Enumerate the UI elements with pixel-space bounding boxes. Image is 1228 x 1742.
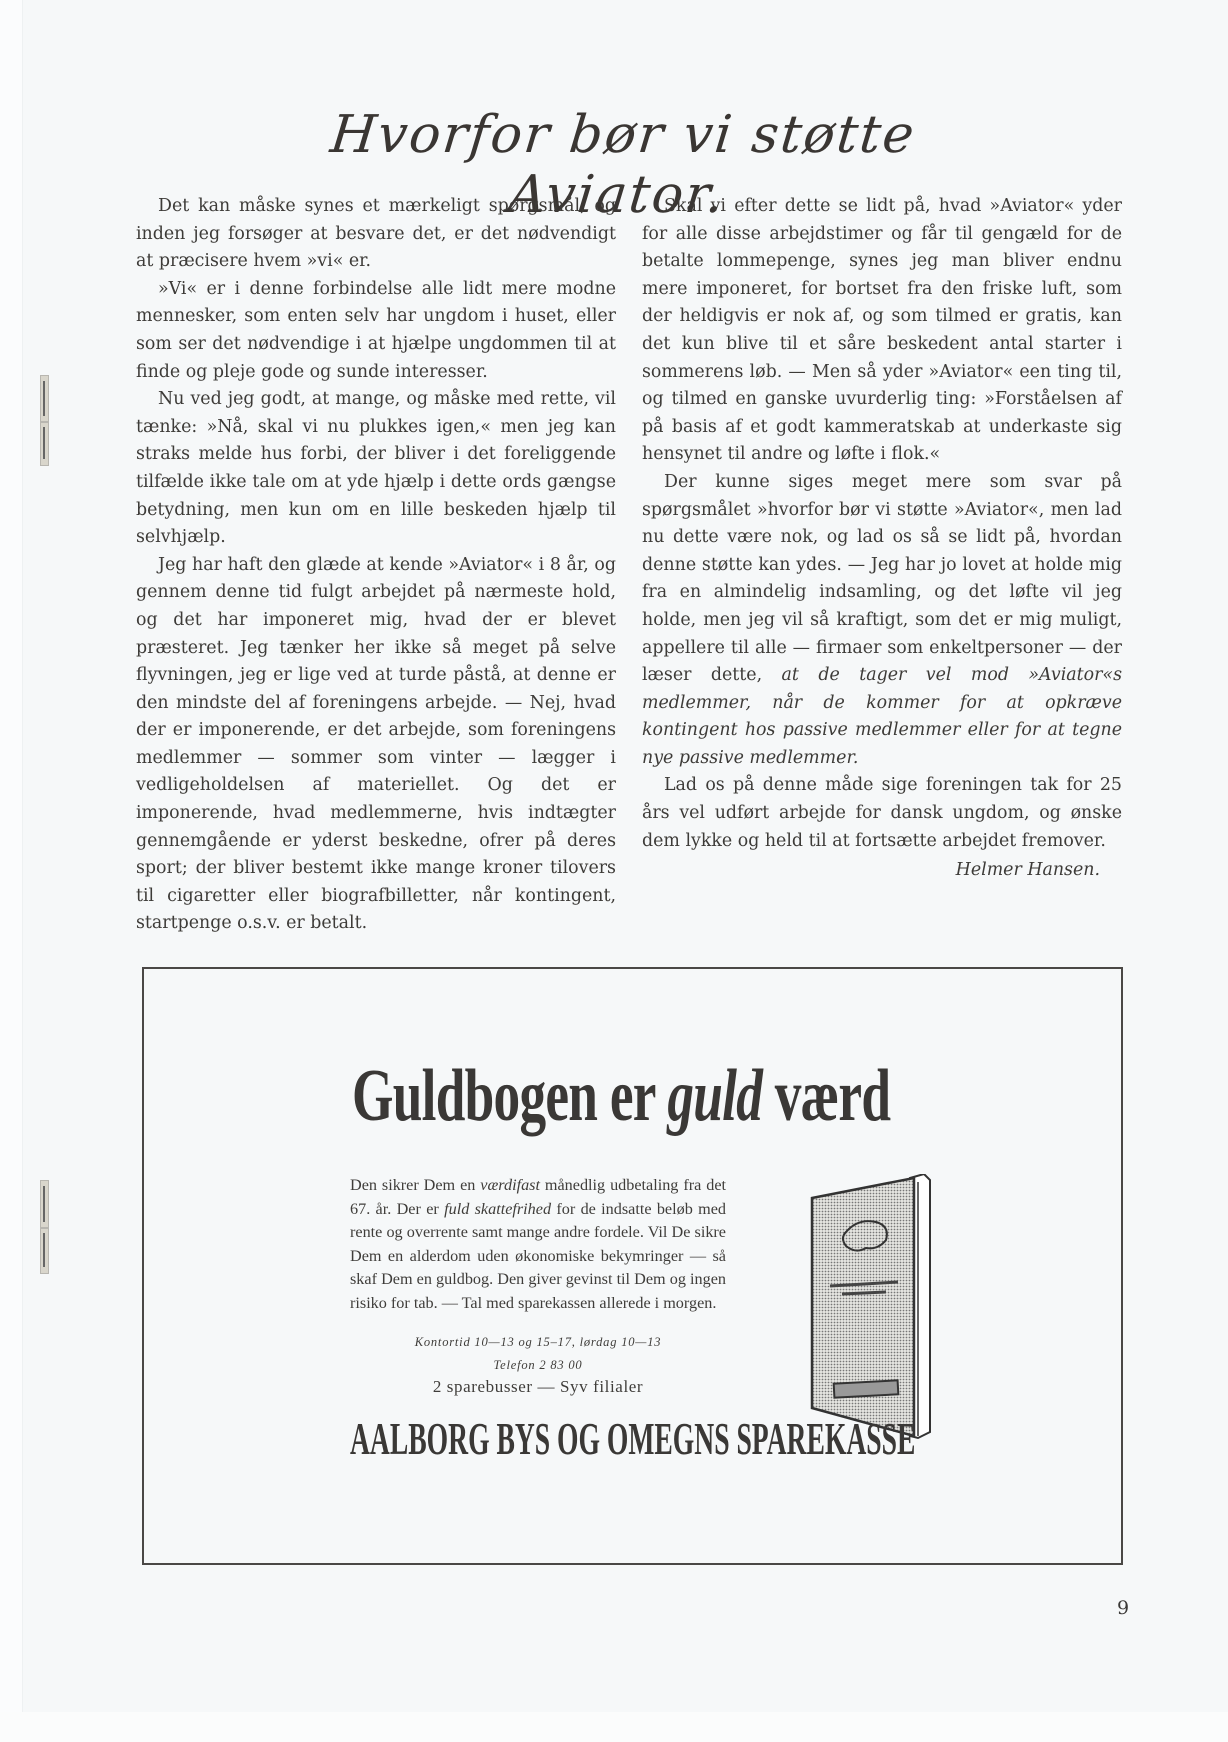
staple-icon (40, 1228, 49, 1274)
ad-text: Den sikrer Dem en (350, 1176, 480, 1194)
staple-icon (40, 375, 49, 422)
article-column-left: Det kan måske synes et mærkeligt spørgsm… (136, 193, 616, 938)
magazine-page: Hvorfor bør vi støtte Aviator. Det kan m… (0, 0, 1228, 1712)
advertisement-box: Guldbogen er guld værd Den sikrer Dem en… (142, 967, 1123, 1565)
article-column-right: Skal vi efter dette se lidt på, hvad »Av… (642, 193, 1122, 885)
paragraph: Skal vi efter dette se lidt på, hvad »Av… (642, 193, 1122, 469)
bank-name: AALBORG BYS OG OMEGNS SPAREKASSE (350, 1412, 770, 1465)
staple-icon (40, 422, 49, 466)
staple-icon (40, 1180, 49, 1228)
paragraph: Det kan måske synes et mærkeligt spørgsm… (136, 193, 616, 276)
ad-body-text: Den sikrer Dem en værdifast månedlig udb… (350, 1174, 726, 1315)
paragraph: Lad os på denne måde sige foreningen tak… (642, 772, 1122, 855)
paragraph: »Vi« er i denne forbindelse alle lidt me… (136, 276, 616, 386)
paragraph: Nu ved jeg godt, at mange, og måske med … (136, 386, 616, 552)
ad-headline-text: Guldbogen er (352, 1055, 667, 1137)
ad-headline-text: værd (762, 1055, 890, 1137)
book-illustration-icon (806, 1174, 934, 1442)
ad-headline: Guldbogen er guld værd (352, 1054, 784, 1139)
ad-branches: 2 sparebusser — Syv filialer (350, 1377, 726, 1397)
ad-headline-italic: guld (667, 1055, 762, 1137)
scan-margin (0, 1712, 1228, 1742)
page-number: 9 (1117, 1597, 1129, 1619)
author-signature: Helmer Hansen. (642, 857, 1100, 885)
ad-emphasis: værdifast (480, 1176, 540, 1194)
paragraph-text: Der kunne siges meget mere som svar på s… (642, 472, 1122, 685)
binding-edge (0, 0, 23, 1742)
ad-phone: Telefon 2 83 00 (350, 1358, 726, 1373)
ad-office-hours: Kontortid 10—13 og 15–17, lørdag 10—13 (350, 1335, 726, 1350)
paragraph: Der kunne siges meget mere som svar på s… (642, 469, 1122, 773)
ad-emphasis: fuld skattefrihed (444, 1200, 551, 1218)
paragraph: Jeg har haft den glæde at kende »Aviator… (136, 552, 616, 938)
